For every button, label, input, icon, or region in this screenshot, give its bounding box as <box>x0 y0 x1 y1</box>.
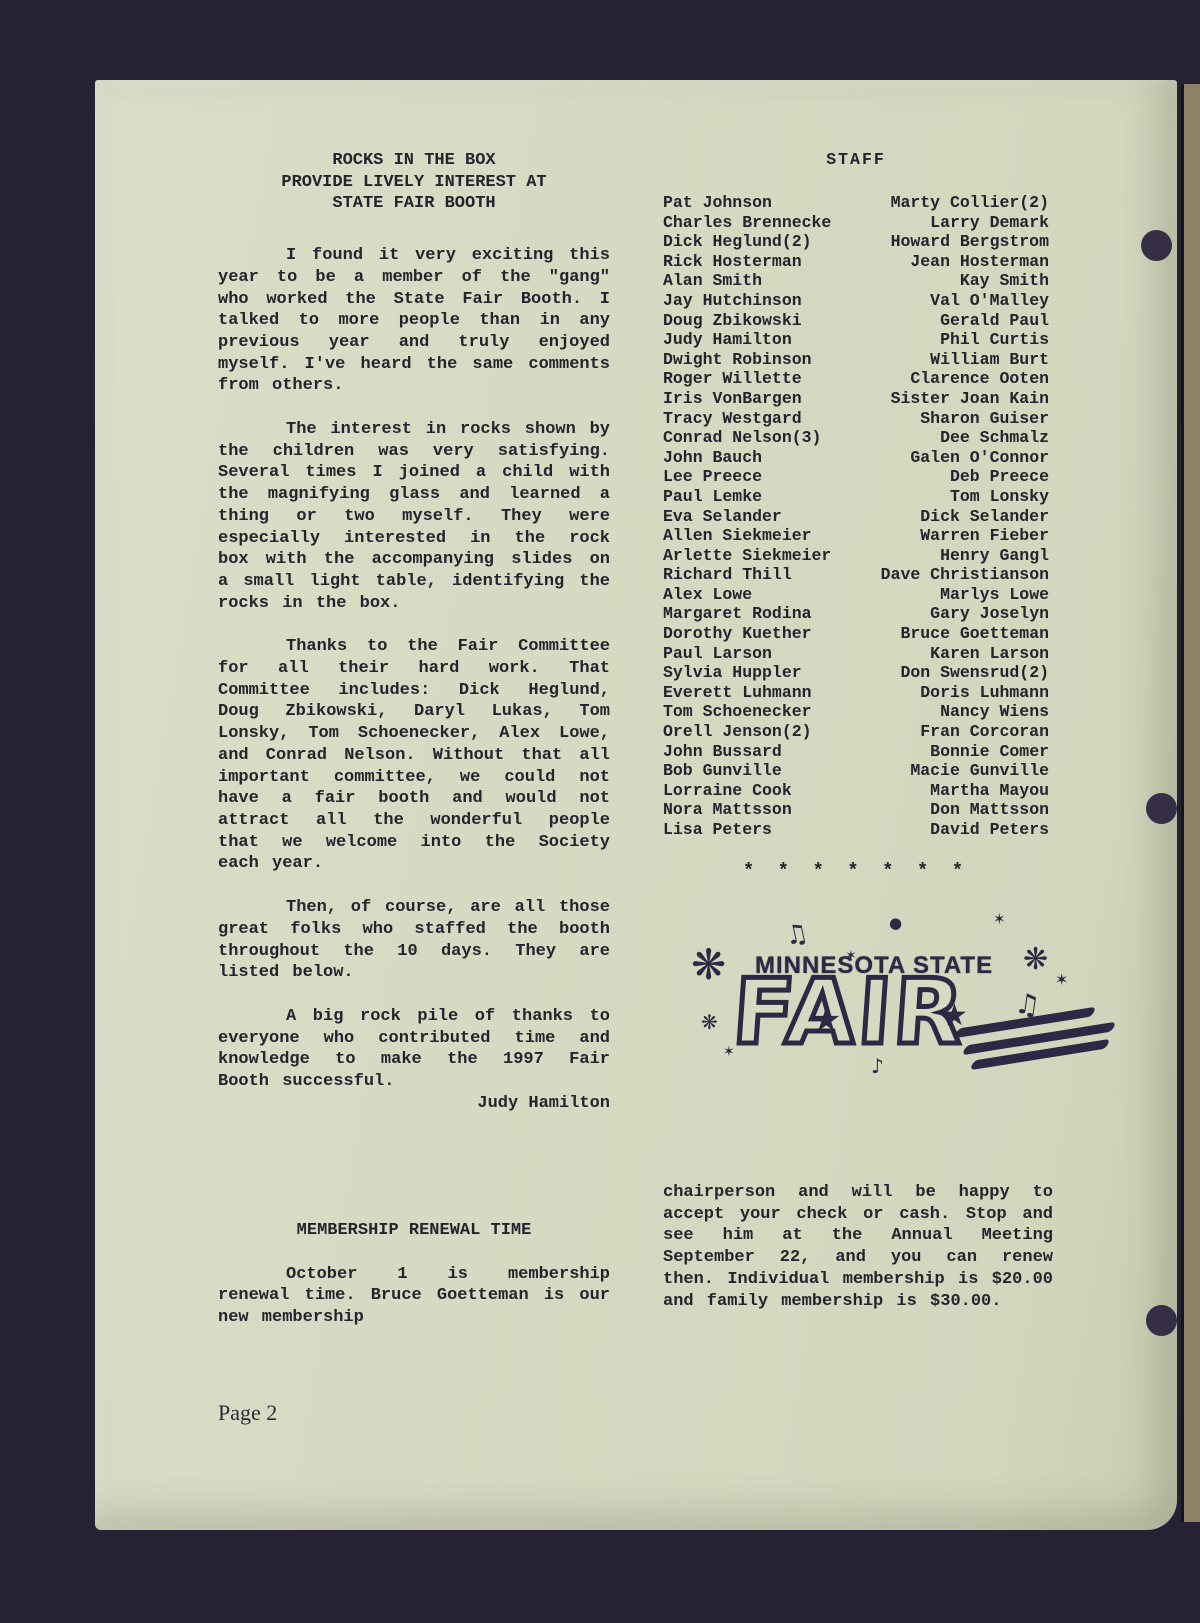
star-in-letter-a-icon: ★ <box>811 1000 841 1040</box>
staff-name-left: Iris VonBargen <box>663 389 802 409</box>
staff-name-left: Rick Hosterman <box>663 252 802 272</box>
staff-name-left: Tom Schoenecker <box>663 702 812 722</box>
staff-name-left: Judy Hamilton <box>663 330 792 350</box>
staff-row: Dorothy KuetherBruce Goetteman <box>663 624 1049 644</box>
staff-row: Nora MattssonDon Mattsson <box>663 800 1049 820</box>
stars-divider: * * * * * * * <box>663 860 1049 882</box>
staff-row: Paul LemkeTom Lonsky <box>663 487 1049 507</box>
membership-paragraph: October 1 is membership renewal time. Br… <box>218 1264 610 1329</box>
staff-row: Everett LuhmannDoris Luhmann <box>663 683 1049 703</box>
staff-name-right: Warren Fieber <box>920 526 1049 546</box>
staff-name-left: Jay Hutchinson <box>663 291 802 311</box>
staff-name-right: Dick Selander <box>920 507 1049 527</box>
staff-name-left: Doug Zbikowski <box>663 311 802 331</box>
staff-row: Doug ZbikowskiGerald Paul <box>663 311 1049 331</box>
fireworks-icon: ❋ <box>701 1010 718 1034</box>
article-paragraph-3: Thanks to the Fair Committee for all the… <box>218 636 610 875</box>
staff-name-right: Marty Collier(2) <box>891 193 1049 213</box>
staff-row: John BauchGalen O'Connor <box>663 448 1049 468</box>
staff-name-right: Deb Preece <box>950 467 1049 487</box>
staff-name-right: Sharon Guiser <box>920 409 1049 429</box>
staff-name-right: William Burt <box>930 350 1049 370</box>
staff-name-right: David Peters <box>930 820 1049 840</box>
staff-name-left: Conrad Nelson(3) <box>663 428 821 448</box>
logo-text-fair: FAIR <box>730 968 968 1058</box>
staff-name-left: Alex Lowe <box>663 585 752 605</box>
staff-name-left: Tracy Westgard <box>663 409 802 429</box>
staff-row: Paul LarsonKaren Larson <box>663 644 1049 664</box>
staff-row: Arlette SiekmeierHenry Gangl <box>663 546 1049 566</box>
staff-name-left: Paul Lemke <box>663 487 762 507</box>
article-paragraph-1: I found it very exciting this year to be… <box>218 245 610 397</box>
staff-name-left: Paul Larson <box>663 644 772 664</box>
membership-continuation-paragraph: chairperson and will be happy to accept … <box>663 1182 1053 1312</box>
staff-row: John BussardBonnie Comer <box>663 742 1049 762</box>
membership-heading: MEMBERSHIP RENEWAL TIME <box>218 1220 610 1242</box>
staff-row: Alan SmithKay Smith <box>663 271 1049 291</box>
staff-name-right: Fran Corcoran <box>920 722 1049 742</box>
scanned-newsletter-screenshot: { "left_column": { "article": { "title_l… <box>0 0 1200 1623</box>
staff-row: Lisa PetersDavid Peters <box>663 820 1049 840</box>
staff-row: Conrad Nelson(3)Dee Schmalz <box>663 428 1049 448</box>
staff-name-left: Arlette Siekmeier <box>663 546 831 566</box>
staff-name-right: Bruce Goetteman <box>900 624 1049 644</box>
staff-name-left: Everett Luhmann <box>663 683 812 703</box>
staff-name-right: Dee Schmalz <box>940 428 1049 448</box>
staff-heading: STAFF <box>663 150 1049 169</box>
staff-name-left: Pat Johnson <box>663 193 772 213</box>
staff-row: Margaret RodinaGary Joselyn <box>663 604 1049 624</box>
staff-name-right: Nancy Wiens <box>940 702 1049 722</box>
page-number: Page 2 <box>218 1400 277 1426</box>
staff-row: Orell Jenson(2)Fran Corcoran <box>663 722 1049 742</box>
hole-punch-bottom <box>1146 1305 1177 1336</box>
staff-row: Bob GunvilleMacie Gunville <box>663 761 1049 781</box>
balloon-icon: ● <box>889 914 902 932</box>
staff-name-right: Larry Demark <box>930 213 1049 233</box>
staff-row: Dick Heglund(2)Howard Bergstrom <box>663 232 1049 252</box>
music-notes-icon: ♫ <box>782 918 811 952</box>
staff-name-right: Marlys Lowe <box>940 585 1049 605</box>
staff-row: Alex LoweMarlys Lowe <box>663 585 1049 605</box>
staff-row: Judy HamiltonPhil Curtis <box>663 330 1049 350</box>
star-icon: ✶ <box>1055 970 1068 989</box>
fireworks-icon: ❋ <box>691 940 726 989</box>
staff-name-right: Tom Lonsky <box>950 487 1049 507</box>
staff-name-left: Bob Gunville <box>663 761 782 781</box>
article-title: ROCKS IN THE BOX PROVIDE LIVELY INTEREST… <box>218 150 610 215</box>
staff-name-left: Sylvia Huppler <box>663 663 802 683</box>
staff-row: Tracy WestgardSharon Guiser <box>663 409 1049 429</box>
staff-name-right: Gary Joselyn <box>930 604 1049 624</box>
staff-name-right: Don Mattsson <box>930 800 1049 820</box>
article-paragraph-5: A big rock pile of thanks to everyone wh… <box>218 1006 610 1093</box>
staff-name-right: Gerald Paul <box>940 311 1049 331</box>
staff-name-left: Lorraine Cook <box>663 781 792 801</box>
staff-list: Pat JohnsonMarty Collier(2)Charles Brenn… <box>663 193 1049 840</box>
staff-name-left: Charles Brennecke <box>663 213 831 233</box>
staff-name-right: Galen O'Connor <box>910 448 1049 468</box>
staff-row: Lee PreeceDeb Preece <box>663 467 1049 487</box>
staff-name-right: Karen Larson <box>930 644 1049 664</box>
staff-row: Richard ThillDave Christianson <box>663 565 1049 585</box>
staff-row: Pat JohnsonMarty Collier(2) <box>663 193 1049 213</box>
staff-name-left: Roger Willette <box>663 369 802 389</box>
staff-name-left: Dorothy Kuether <box>663 624 812 644</box>
staff-name-right: Henry Gangl <box>940 546 1049 566</box>
binder-edge-strip <box>1181 84 1200 1522</box>
staff-name-right: Macie Gunville <box>910 761 1049 781</box>
article-title-line-2: PROVIDE LIVELY INTEREST AT <box>218 172 610 194</box>
staff-row: Rick HostermanJean Hosterman <box>663 252 1049 272</box>
staff-name-right: Jean Hosterman <box>910 252 1049 272</box>
staff-name-right: Phil Curtis <box>940 330 1049 350</box>
article-paragraph-2: The interest in rocks shown by the child… <box>218 419 610 614</box>
staff-row: Jay HutchinsonVal O'Malley <box>663 291 1049 311</box>
staff-name-right: Kay Smith <box>960 271 1049 291</box>
staff-name-left: Orell Jenson(2) <box>663 722 812 742</box>
staff-row: Roger WilletteClarence Ooten <box>663 369 1049 389</box>
hole-punch-top <box>1141 230 1172 261</box>
staff-name-left: Eva Selander <box>663 507 782 527</box>
staff-name-right: Doris Luhmann <box>920 683 1049 703</box>
star-icon: ✶ <box>993 910 1006 928</box>
staff-name-left: John Bussard <box>663 742 782 762</box>
staff-section: STAFF Pat JohnsonMarty Collier(2)Charles… <box>663 150 1049 840</box>
staff-name-right: Don Swensrud(2) <box>900 663 1049 683</box>
staff-name-right: Howard Bergstrom <box>891 232 1049 252</box>
hole-punch-middle <box>1146 793 1177 824</box>
staff-name-left: Richard Thill <box>663 565 792 585</box>
staff-name-left: Margaret Rodina <box>663 604 812 624</box>
article-title-line-1: ROCKS IN THE BOX <box>218 150 610 172</box>
fireworks-icon: ❋ <box>1023 942 1048 977</box>
staff-row: Eva SelanderDick Selander <box>663 507 1049 527</box>
staff-row: Lorraine CookMartha Mayou <box>663 781 1049 801</box>
staff-name-left: Lee Preece <box>663 467 762 487</box>
article-byline: Judy Hamilton <box>218 1093 610 1115</box>
staff-name-left: Allen Siekmeier <box>663 526 812 546</box>
staff-name-left: Dick Heglund(2) <box>663 232 812 252</box>
staff-name-left: John Bauch <box>663 448 762 468</box>
staff-name-left: Lisa Peters <box>663 820 772 840</box>
staff-row: Sylvia HupplerDon Swensrud(2) <box>663 663 1049 683</box>
staff-row: Iris VonBargenSister Joan Kain <box>663 389 1049 409</box>
article-rocks-in-the-box: ROCKS IN THE BOX PROVIDE LIVELY INTEREST… <box>218 150 610 1136</box>
article-title-line-3: STATE FAIR BOOTH <box>218 193 610 215</box>
staff-name-right: Clarence Ooten <box>910 369 1049 389</box>
staff-name-left: Alan Smith <box>663 271 762 291</box>
staff-name-left: Dwight Robinson <box>663 350 812 370</box>
staff-name-right: Martha Mayou <box>930 781 1049 801</box>
staff-name-right: Dave Christianson <box>881 565 1049 585</box>
minnesota-state-fair-logo: ❋ ❋ ❋ ♫ ♫ ♪ ✶ ✶ ✶ ✶ ● MINNESOTA STATE FA… <box>693 912 1093 1082</box>
article-paragraph-4: Then, of course, are all those great fol… <box>218 897 610 984</box>
staff-name-right: Val O'Malley <box>930 291 1049 311</box>
staff-name-right: Sister Joan Kain <box>891 389 1049 409</box>
staff-name-right: Bonnie Comer <box>930 742 1049 762</box>
staff-row: Dwight RobinsonWilliam Burt <box>663 350 1049 370</box>
staff-name-left: Nora Mattsson <box>663 800 792 820</box>
staff-row: Charles BrenneckeLarry Demark <box>663 213 1049 233</box>
staff-row: Allen SiekmeierWarren Fieber <box>663 526 1049 546</box>
staff-row: Tom SchoeneckerNancy Wiens <box>663 702 1049 722</box>
membership-renewal-section: MEMBERSHIP RENEWAL TIME October 1 is mem… <box>218 1220 610 1329</box>
